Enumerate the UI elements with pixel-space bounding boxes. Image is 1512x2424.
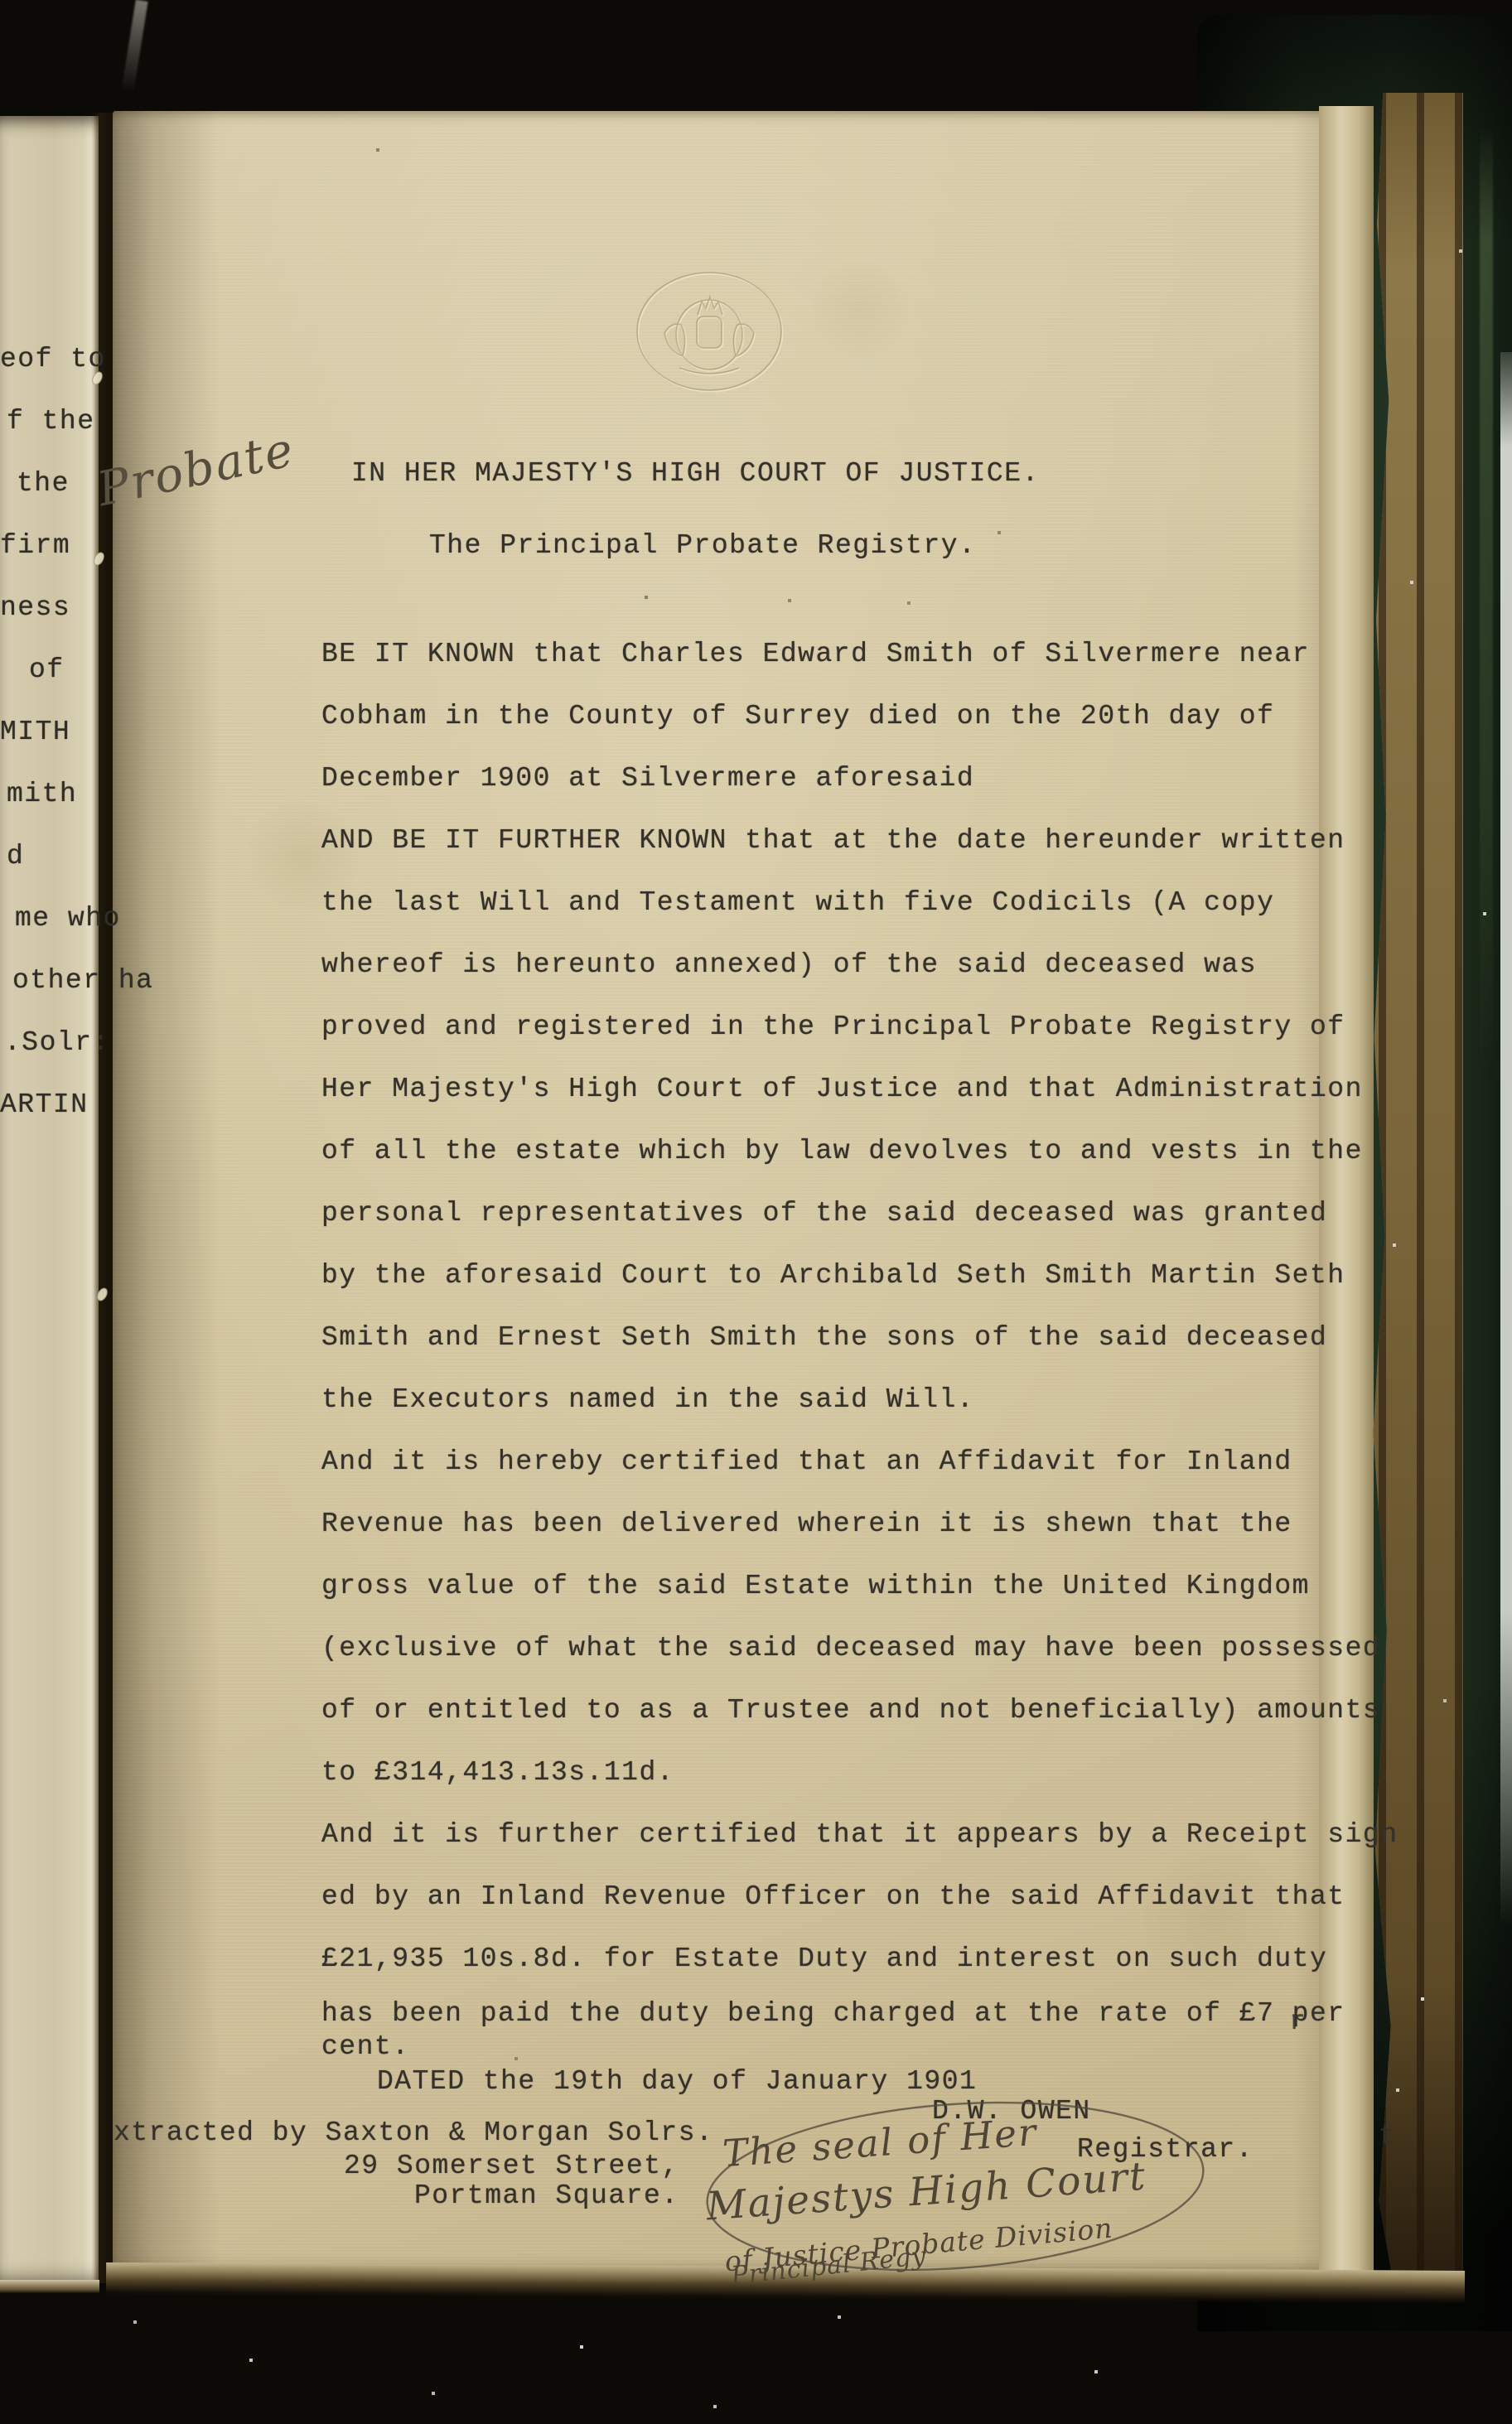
body-line: December 1900 at Silvermere aforesaid (321, 763, 974, 794)
header-registry: The Principal Probate Registry. (429, 530, 976, 561)
left-page-bottom-edge (0, 2280, 99, 2293)
left-page-fragment: mith (7, 779, 77, 809)
extracted-address-line: 29 Somerset Street, (344, 2151, 679, 2181)
left-page-fragment: MITH (0, 717, 70, 747)
body-line: And it is further certified that it appe… (321, 1819, 1398, 1850)
header-court: IN HER MAJESTY'S HIGH COURT OF JUSTICE. (351, 458, 1040, 489)
body-line: Her Majesty's High Court of Justice and … (321, 1074, 1363, 1104)
left-page-fragment: the (17, 468, 70, 499)
body-line: to £314,413.13s.11d. (321, 1757, 674, 1788)
extracted-address-line: Portman Square. (414, 2180, 679, 2211)
scan-edge-sliver (1500, 352, 1512, 1926)
body-line-cent: cent. (321, 2031, 410, 2062)
probate-register-scan: eof to f the the firm ness of MITH mith … (0, 0, 1512, 2424)
body-line: of all the estate which by law devolves … (321, 1136, 1363, 1166)
left-page-fragment: eof to (0, 344, 106, 374)
extracted-by-line: xtracted by Saxton & Morgan Solrs. (114, 2117, 713, 2148)
dust-specks (0, 0, 2, 2)
body-line: Revenue has been delivered wherein it is… (321, 1509, 1292, 1539)
left-page-fragment: firm (0, 530, 70, 561)
left-page (0, 116, 99, 2285)
body-line: proved and registered in the Principal P… (321, 1012, 1345, 1042)
body-line: ed by an Inland Revenue Officer on the s… (321, 1881, 1345, 1912)
body-line: of or entitled to as a Trustee and not b… (321, 1695, 1380, 1726)
body-line: whereof is hereunto annexed) of the said… (321, 949, 1257, 980)
left-page-fragment: d (7, 841, 24, 872)
left-page-fragment: other ha (12, 965, 153, 996)
edge-fragment: t (1379, 2121, 1396, 2151)
body-line: AND BE IT FURTHER KNOWN that at the date… (321, 825, 1345, 856)
left-page-fragment: .Solr: (4, 1027, 110, 1058)
left-page-fragment: f the (7, 406, 95, 437)
left-page-fragment: ness (0, 592, 70, 623)
cover-fray-highlight (1480, 124, 1493, 1077)
body-line: has been paid the duty being charged at … (321, 1998, 1345, 2029)
body-line: Cobham in the County of Surrey died on t… (321, 701, 1274, 732)
binding-streak (121, 0, 147, 93)
body-line: gross value of the said Estate within th… (321, 1571, 1310, 1601)
body-line: by the aforesaid Court to Archibald Seth… (321, 1260, 1345, 1291)
body-line: the last Will and Testament with five Co… (321, 887, 1274, 918)
left-page-fragment: ARTIN (0, 1089, 89, 1120)
body-line: £21,935 10s.8d. for Estate Duty and inte… (321, 1944, 1327, 1974)
body-line: (exclusive of what the said deceased may… (321, 1633, 1380, 1663)
body-line: BE IT KNOWN that Charles Edward Smith of… (321, 639, 1310, 669)
left-page-fragment: me who (15, 903, 121, 934)
body-line: And it is hereby certified that an Affid… (321, 1446, 1292, 1477)
edge-fragment: r (1289, 2006, 1307, 2037)
body-line: personal representatives of the said dec… (321, 1198, 1327, 1229)
body-line: Smith and Ernest Seth Smith the sons of … (321, 1322, 1327, 1353)
body-line: the Executors named in the said Will. (321, 1384, 974, 1415)
left-page-fragment: of (29, 654, 65, 685)
embossed-royal-seal-icon (631, 265, 789, 402)
